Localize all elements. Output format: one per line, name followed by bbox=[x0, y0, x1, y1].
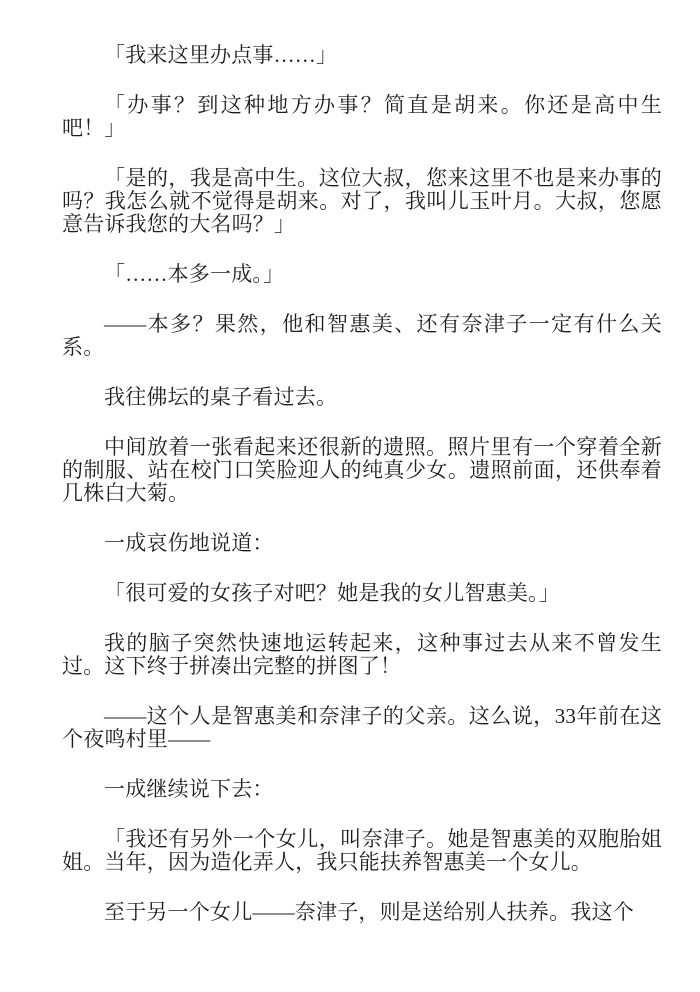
paragraph: 「办事？到这种地方办事？简直是胡来。你还是高中生吧！」 bbox=[62, 94, 662, 140]
paragraph: 一成哀伤地说道： bbox=[62, 532, 662, 555]
paragraph: ——这个人是智惠美和奈津子的父亲。这么说，33年前在这个夜鸣村里—— bbox=[62, 705, 662, 751]
paragraph: 我的脑子突然快速地运转起来，这种事过去从来不曾发生过。这下终于拼凑出完整的拼图了… bbox=[62, 632, 662, 678]
paragraph: ——本多？果然，他和智惠美、还有奈津子一定有什么关系。 bbox=[62, 313, 662, 359]
paragraph: 「是的，我是高中生。这位大叔，您来这里不也是来办事的吗？我怎么就不觉得是胡来。对… bbox=[62, 167, 662, 236]
paragraph: 至于另一个女儿——奈津子，则是送给别人扶养。我这个 bbox=[62, 901, 662, 924]
paragraph: 中间放着一张看起来还很新的遗照。照片里有一个穿着全新的制服、站在校门口笑脸迎人的… bbox=[62, 436, 662, 505]
paragraph: 「很可爱的女孩子对吧？她是我的女儿智惠美。」 bbox=[62, 582, 662, 605]
paragraph: 「……本多一成。」 bbox=[62, 263, 662, 286]
paragraph: 「我来这里办点事……」 bbox=[62, 44, 662, 67]
paragraph: 「我还有另外一个女儿，叫奈津子。她是智惠美的双胞胎姐姐。当年，因为造化弄人，我只… bbox=[62, 828, 662, 874]
paragraph: 我往佛坛的桌子看过去。 bbox=[62, 386, 662, 409]
book-page: 「我来这里办点事……」「办事？到这种地方办事？简直是胡来。你还是高中生吧！」「是… bbox=[0, 0, 700, 992]
paragraph: 一成继续说下去： bbox=[62, 778, 662, 801]
text-content: 「我来这里办点事……」「办事？到这种地方办事？简直是胡来。你还是高中生吧！」「是… bbox=[62, 44, 662, 924]
